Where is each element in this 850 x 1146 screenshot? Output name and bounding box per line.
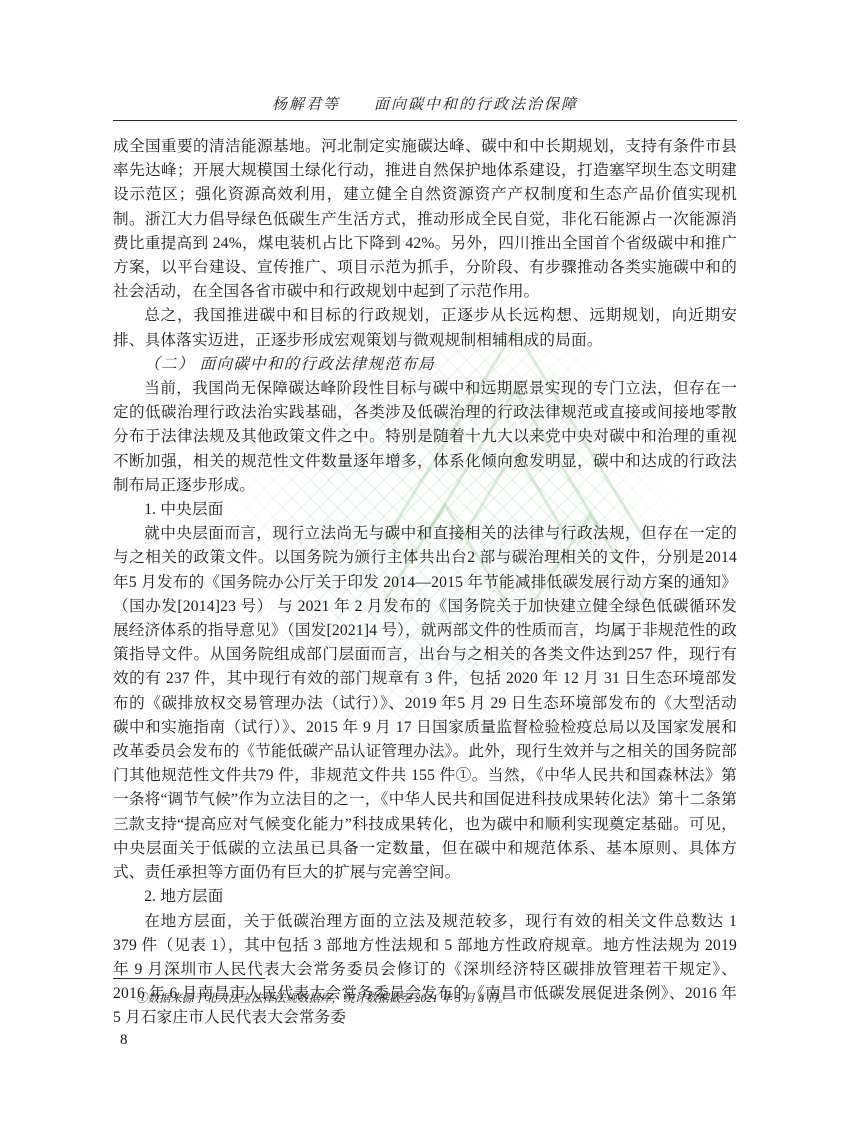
paragraph: 就中央层面而言，现行立法尚无与碳中和直接相关的法律与行政法规，但存在一定的与之相… — [113, 522, 737, 885]
running-header: 杨解君等面向碳中和的行政法治保障 — [113, 93, 737, 114]
paragraph: 在地方层面，关于低碳治理方面的立法及规范较多，现行有效的相关文件总数达 1 37… — [113, 910, 737, 1031]
subsection-heading: 2. 地方层面 — [113, 885, 737, 909]
header-article-title: 面向碳中和的行政法治保障 — [374, 97, 578, 113]
paragraph: 成全国重要的清洁能源基地。河北制定实施碳达峰、碳中和中长期规划，支持有条件市县率… — [113, 135, 737, 304]
footnote: ①数据来源于北大法宝法律法规数据库，统计数据截至 2021 年 5 月 8 日。 — [113, 991, 737, 1008]
section-heading: （二） 面向碳中和的行政法律规范布局 — [113, 353, 737, 377]
subsection-heading: 1. 中央层面 — [113, 498, 737, 522]
article-body: 成全国重要的清洁能源基地。河北制定实施碳达峰、碳中和中长期规划，支持有条件市县率… — [113, 135, 737, 1031]
header-authors: 杨解君等 — [272, 97, 340, 113]
footnote-separator — [113, 978, 265, 979]
paragraph: 当前，我国尚无保障碳达峰阶段性目标与碳中和远期愿景实现的专门立法，但存在一定的低… — [113, 377, 737, 498]
header-rule — [113, 120, 737, 121]
article-page: 杨解君等面向碳中和的行政法治保障 成全国重要的清洁能源基地。河北制定实施碳达峰、… — [0, 0, 850, 1146]
page-number: 8 — [120, 1032, 128, 1049]
paragraph: 总之，我国推进碳中和目标的行政规划，正逐步从长远构想、远期规划，向近期安排、具体… — [113, 304, 737, 352]
